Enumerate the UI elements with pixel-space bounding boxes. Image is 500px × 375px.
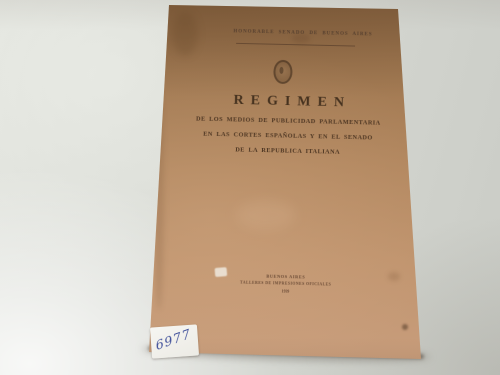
crest-icon: [273, 60, 293, 84]
imprint-city: BUENOS AIRES: [231, 273, 341, 280]
institution-header: HONORABLE SENADO DE BUENOS AIRES: [233, 28, 357, 36]
inventory-label: 6977: [150, 324, 199, 358]
book-title: REGIMEN: [179, 92, 399, 113]
header-rule: [236, 43, 355, 47]
subtitle-line: EN LAS CORTES ESPAÑOLAS Y EN EL SENADO: [179, 130, 398, 142]
imprint-printer: TALLERES DE IMPRESIONES OFICIALES: [231, 280, 341, 287]
subtitle-line: DE LA REPUBLICA ITALIANA: [178, 145, 397, 157]
inventory-number: 6977: [154, 327, 192, 355]
imprint-year: 1939: [230, 288, 340, 295]
photo-scene: HONORABLE SENADO DE BUENOS AIRES REGIMEN…: [0, 0, 500, 375]
small-sticker-remnant: [215, 267, 228, 277]
crest-center-icon: [279, 67, 283, 74]
subtitle-line: DE LOS MEDIOS DE PUBLICIDAD PARLAMENTARI…: [179, 115, 398, 127]
